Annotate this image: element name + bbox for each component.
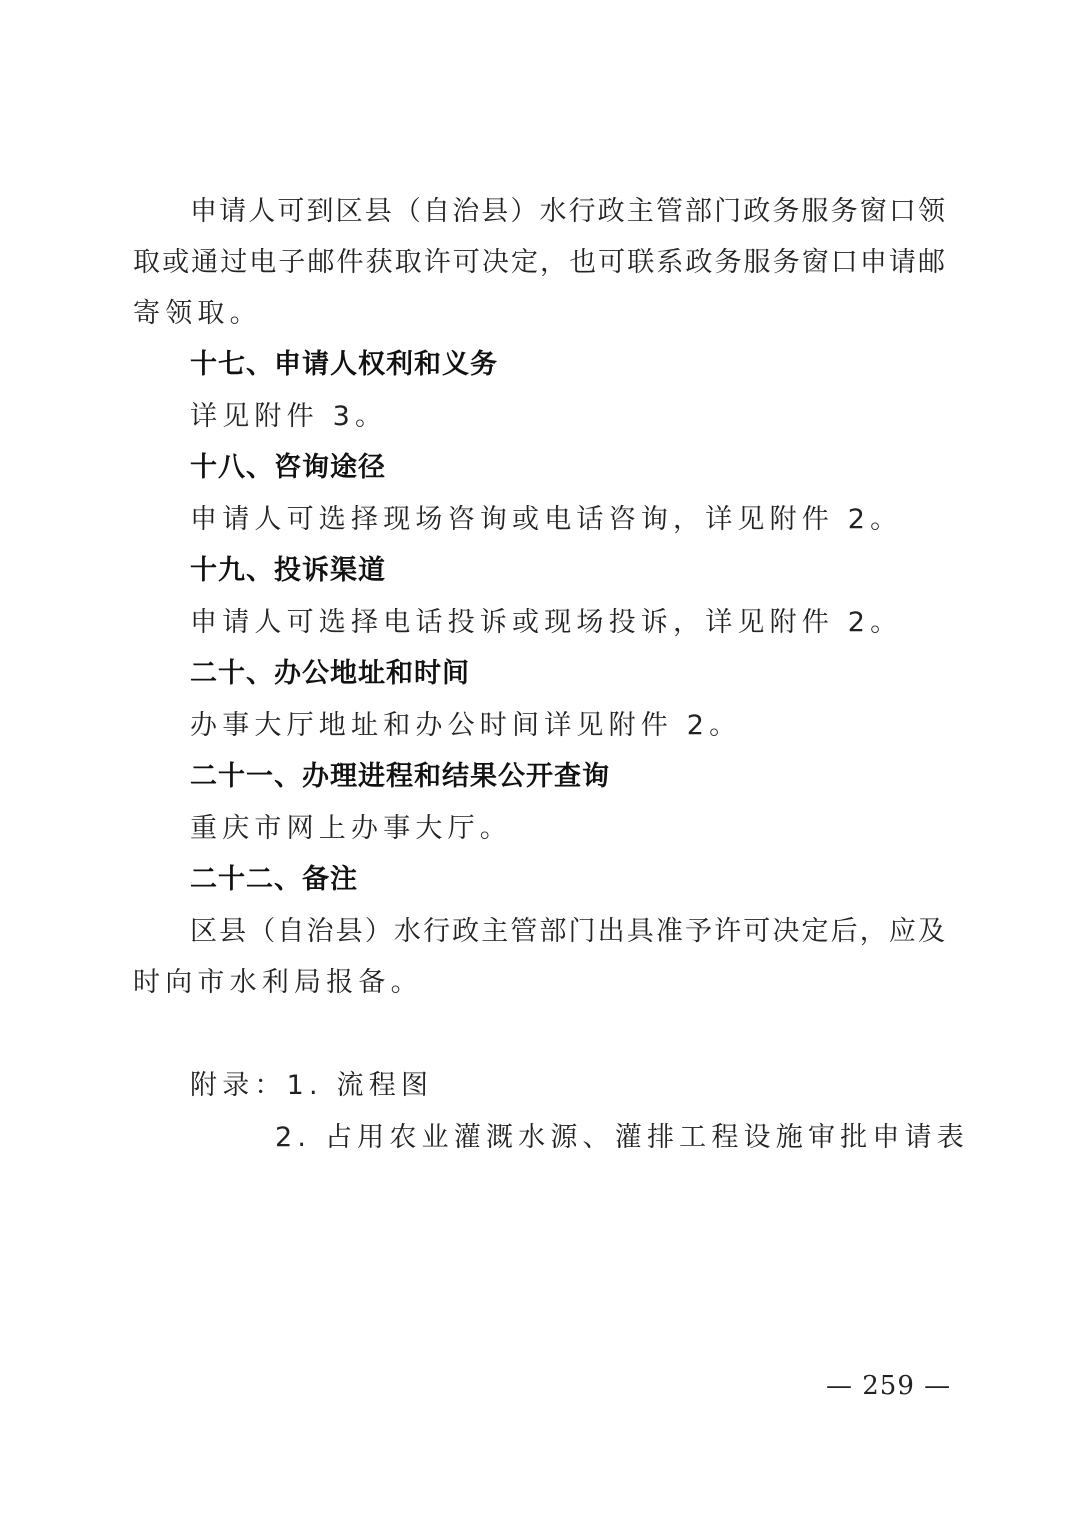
section-body-18: 申请人可选择现场咨询或电话咨询，详见附件 2。 <box>190 503 902 537</box>
intro-paragraph-line-3: 寄领取。 <box>133 297 262 331</box>
section-body-19: 申请人可选择电话投诉或现场投诉，详见附件 2。 <box>190 606 902 640</box>
section-body-21: 重庆市网上办事大厅。 <box>190 812 512 846</box>
section-body-17: 详见附件 3。 <box>190 400 387 434</box>
document-page: 申请人可到区县（自治县）水行政主管部门政务服务窗口领 取或通过电子邮件获取许可决… <box>0 0 1075 1519</box>
appendix-label: 附录： <box>190 1070 287 1101</box>
page-number: — 259 — <box>826 1370 951 1402</box>
section-heading-22: 二十二、备注 <box>190 863 358 897</box>
section-body-22-line-2: 时向市水利局报备。 <box>133 966 423 1000</box>
section-body-20: 办事大厅地址和办公时间详见附件 2。 <box>190 709 741 743</box>
section-heading-17: 十七、申请人权利和义务 <box>190 348 498 382</box>
appendix-item-2: 2. 占用农业灌溉水源、灌排工程设施审批申请表 <box>275 1121 969 1155</box>
section-heading-18: 十八、咨询途径 <box>190 451 386 485</box>
section-heading-19: 十九、投诉渠道 <box>190 554 386 588</box>
section-heading-20: 二十、办公地址和时间 <box>190 657 470 691</box>
section-body-22-line-1: 区县（自治县）水行政主管部门出具准予许可决定后，应及 <box>190 915 945 949</box>
appendix-item-1: 1. 流程图 <box>287 1070 434 1101</box>
intro-paragraph-line-2: 取或通过电子邮件获取许可决定，也可联系政务服务窗口申请邮 <box>133 246 945 280</box>
section-heading-21: 二十一、办理进程和结果公开查询 <box>190 760 610 794</box>
intro-paragraph-line-1: 申请人可到区县（自治县）水行政主管部门政务服务窗口领 <box>190 195 945 229</box>
appendix-line-1: 附录：1. 流程图 <box>190 1069 433 1103</box>
